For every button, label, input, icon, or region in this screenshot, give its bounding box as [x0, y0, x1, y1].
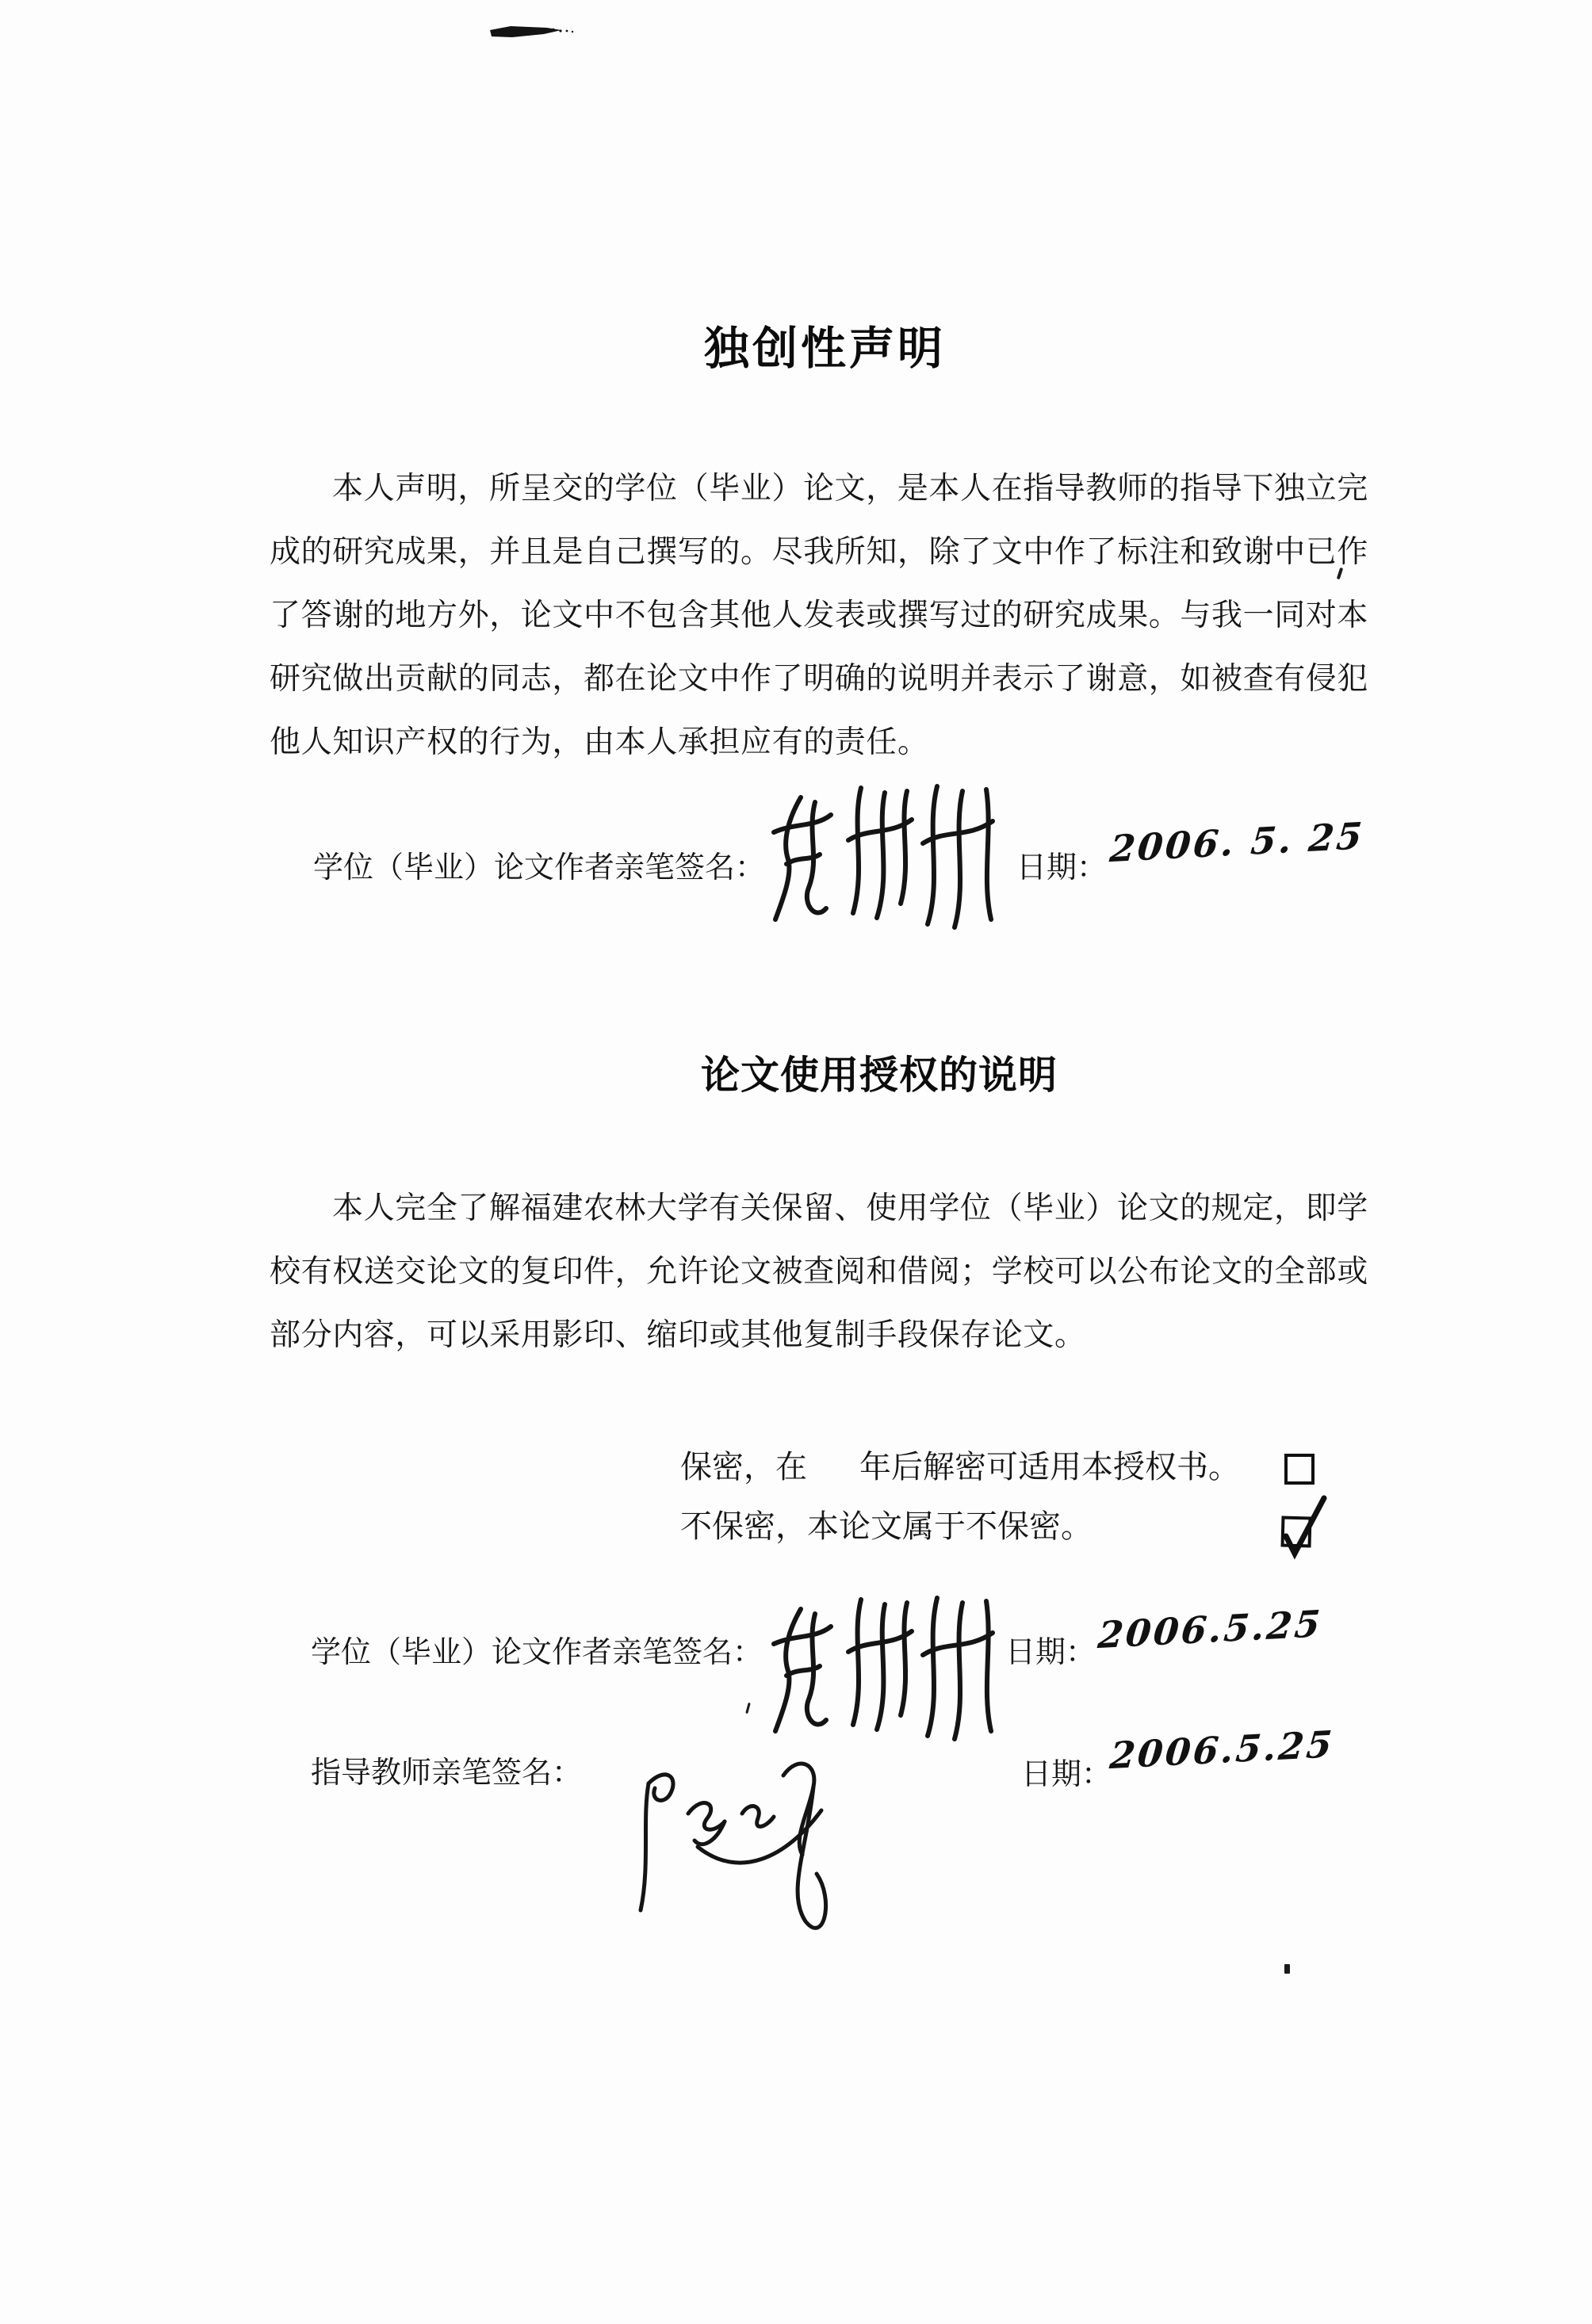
ink-smudge-artifact — [488, 21, 576, 44]
author-signature-label: 学位（毕业）论文作者亲笔签名： — [313, 849, 765, 887]
check-mark-icon — [1267, 1481, 1354, 1560]
handwritten-date-2: 2006.5.25 — [1096, 1602, 1324, 1657]
declaration-title: 独创性声明 — [704, 312, 946, 377]
declaration-line: 本人声明，所呈交的学位（毕业）论文，是本人在指导教师的指导下独立完 — [270, 457, 1376, 521]
stray-ink-mark — [745, 1703, 751, 1714]
secret-option-text: 保密，在年后解密可适用本授权书。 — [680, 1447, 1240, 1487]
declaration-line: 成的研究成果，并且是自己撰写的。尽我所知，除了文中作了标注和致谢中已作 — [270, 521, 1376, 584]
public-option-text: 不保密，本论文属于不保密。 — [680, 1507, 1093, 1546]
date-label-2: 日期： — [1005, 1634, 1096, 1672]
author-handwritten-signature-2 — [760, 1595, 997, 1744]
secret-option-before: 保密，在 — [680, 1449, 807, 1485]
author-handwritten-signature — [760, 783, 997, 932]
stray-ink-mark — [1284, 1964, 1290, 1974]
declaration-line: 他人知识产权的行为，由本人承担应有的责任。 — [270, 711, 1376, 774]
authorization-title: 论文使用授权的说明 — [701, 1045, 1058, 1100]
secret-option-after: 年后解密可适用本授权书。 — [859, 1449, 1240, 1485]
advisor-signature-label: 指导教师亲笔签名： — [311, 1754, 582, 1792]
handwritten-date: 2006. 5. 25 — [1108, 814, 1366, 870]
advisor-handwritten-signature — [625, 1737, 871, 1936]
handwritten-date-3: 2006.5.25 — [1108, 1722, 1336, 1777]
authorization-paragraph: 本人完全了解福建农林大学有关保留、使用学位（毕业）论文的规定，即学 校有权送交论… — [270, 1177, 1376, 1367]
declaration-line: 研究做出贡献的同志，都在论文中作了明确的说明并表示了谢意，如被查有侵犯 — [270, 648, 1376, 711]
authorization-line: 部分内容，可以采用影印、缩印或其他复制手段保存论文。 — [270, 1304, 1376, 1367]
date-label-3: 日期： — [1021, 1756, 1112, 1794]
scanned-thesis-declaration-page: 独创性声明 本人声明，所呈交的学位（毕业）论文，是本人在指导教师的指导下独立完 … — [0, 0, 1592, 2324]
declaration-line: 了答谢的地方外，论文中不包含其他人发表或撰写过的研究成果。与我一同对本 — [270, 584, 1376, 648]
declaration-paragraph: 本人声明，所呈交的学位（毕业）论文，是本人在指导教师的指导下独立完 成的研究成果… — [270, 457, 1376, 774]
authorization-line: 本人完全了解福建农林大学有关保留、使用学位（毕业）论文的规定，即学 — [270, 1177, 1376, 1240]
date-label: 日期： — [1016, 849, 1107, 887]
author-signature-label-2: 学位（毕业）论文作者亲笔签名： — [311, 1634, 763, 1672]
authorization-line: 校有权送交论文的复印件，允许论文被查阅和借阅；学校可以公布论文的全部或 — [270, 1240, 1376, 1304]
